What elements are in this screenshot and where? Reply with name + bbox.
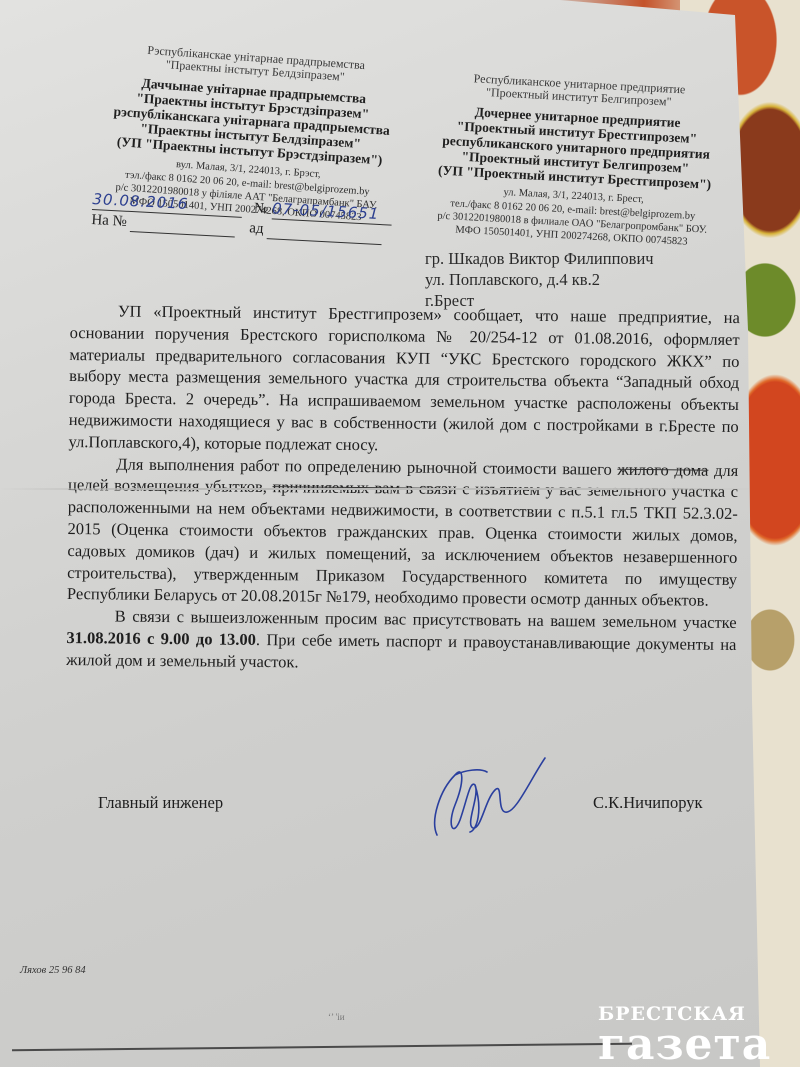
paragraph-notice: УП «Проектный институт Брестгипрозем» со… (68, 300, 740, 460)
newspaper-watermark-logo: БРЕСТСКАЯ газета (598, 1004, 798, 1066)
letter-body: УП «Проектный институт Брестгипрозем» со… (66, 300, 740, 678)
struck-text: причиняемых вам в связи (272, 478, 456, 499)
paragraph-valuation: Для выполнения работ по определению рыно… (67, 453, 739, 613)
number-label: № (254, 200, 269, 217)
executor-contact: Ляхов 25 96 84 (20, 965, 86, 976)
bottom-rule (12, 1043, 632, 1051)
letter-date: 30.08.2016 (92, 190, 189, 213)
appointment-time: 31.08.2016 с 9.00 до 13.00 (66, 628, 256, 649)
letterhead-russian: Республиканское унитарное предприятие "П… (421, 70, 729, 250)
logo-line-2: газета (598, 1024, 798, 1066)
on-number-label: На № (91, 212, 127, 230)
letter-paper: Рэспубліканскае унітарнае прадпрыемства … (0, 0, 760, 1067)
paragraph-request: В связи с вышеизложенным просим вас прис… (66, 605, 737, 677)
recipient-block: гр. Шкадов Виктор Филиппович ул. Поплавс… (425, 248, 654, 311)
signatory-name: С.К.Ничипорук (593, 793, 703, 813)
recipient-street: ул. Поплавского, д.4 кв.2 (425, 269, 654, 290)
from-label: ад (249, 220, 264, 237)
handwritten-signature (425, 750, 550, 840)
recipient-name: гр. Шкадов Виктор Филиппович (425, 248, 654, 269)
struck-text: жилого дома (617, 459, 708, 479)
pencil-mark: ‘’ 'іи (328, 1012, 345, 1022)
signatory-title: Главный инженер (98, 793, 223, 813)
